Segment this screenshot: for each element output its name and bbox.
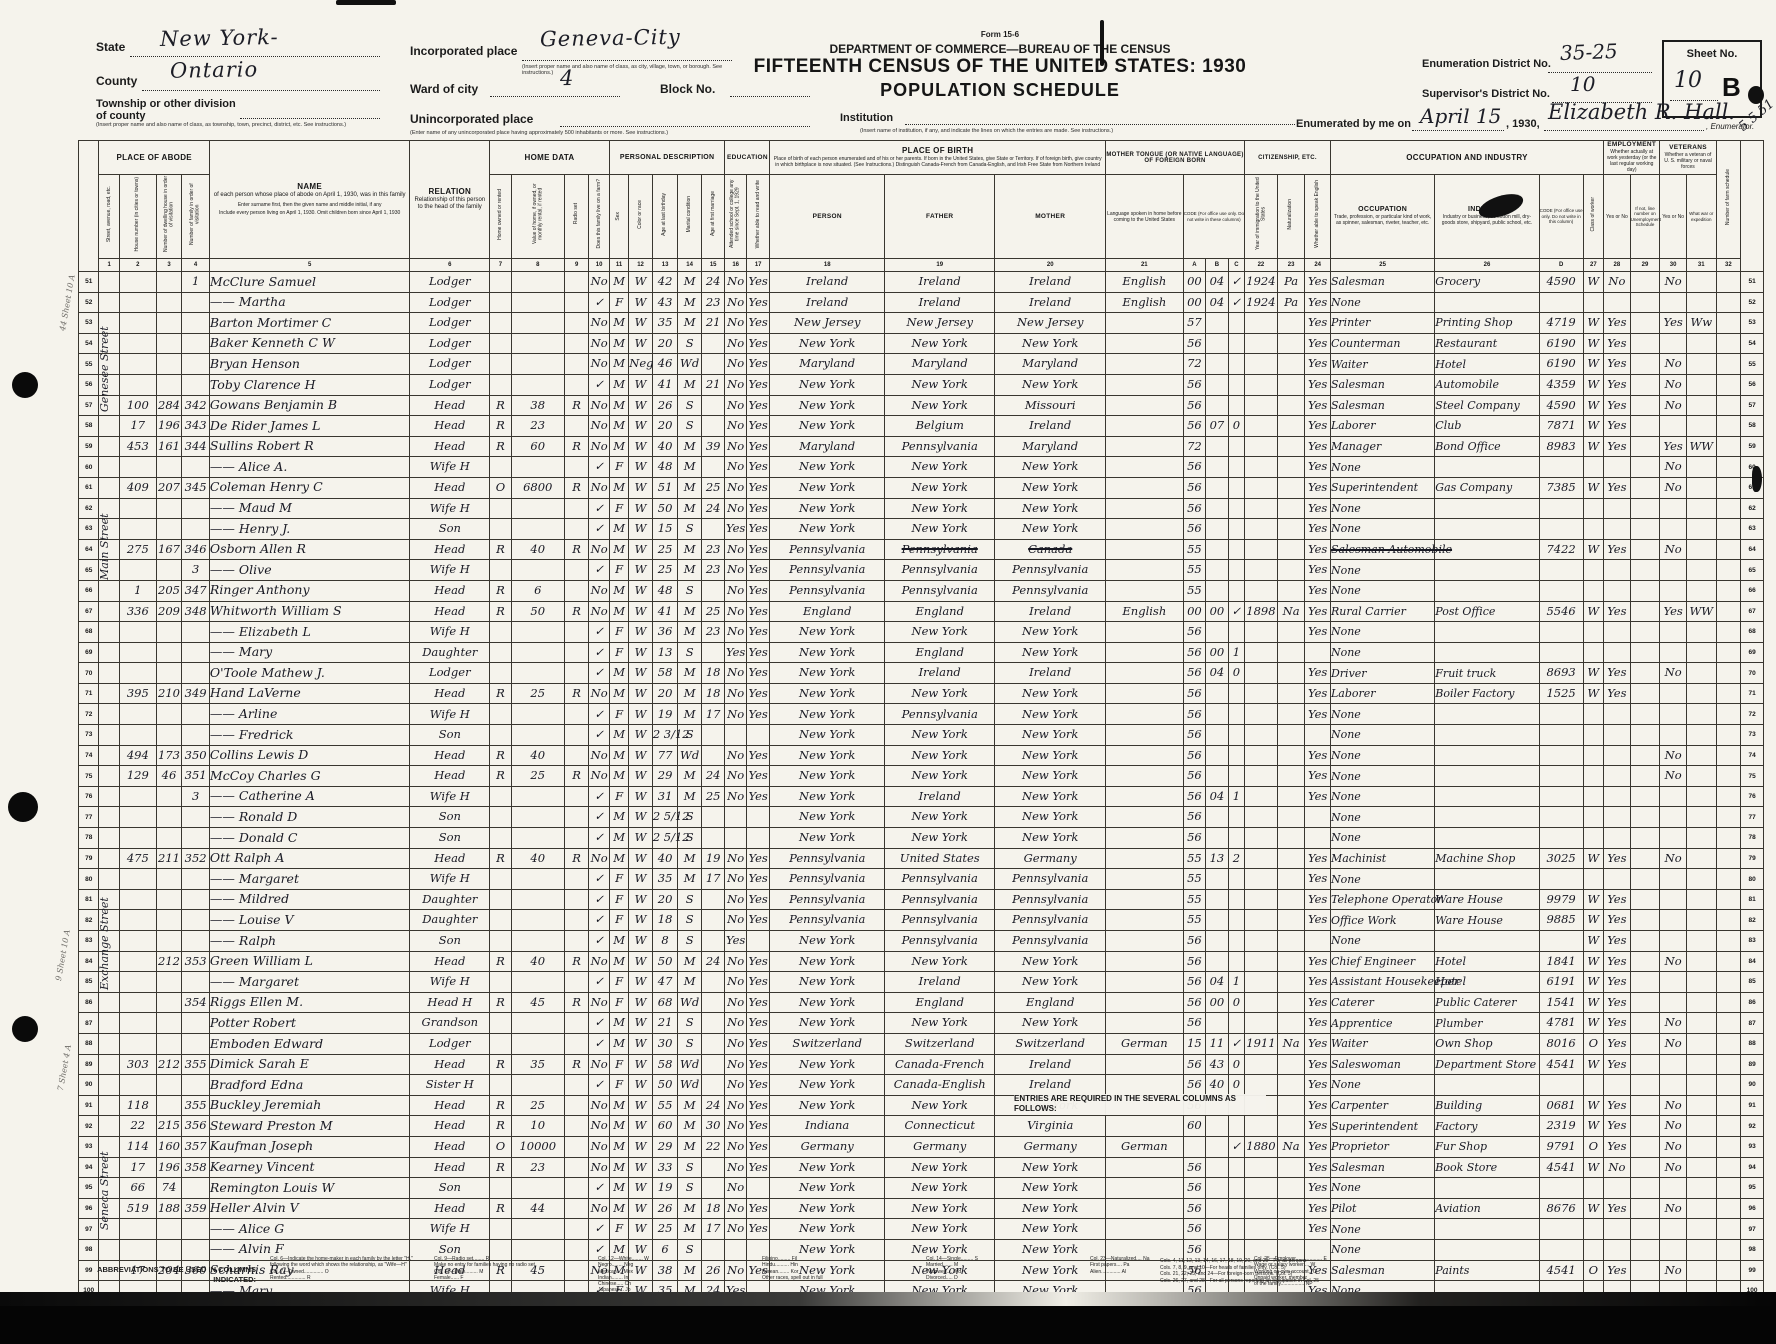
cell-occ: None [1330, 828, 1434, 849]
cell-farm: ✓ [589, 1075, 609, 1096]
cell-eng: Yes [1305, 1116, 1331, 1137]
cell-rw: Yes [746, 1157, 770, 1178]
cell-occ: None [1330, 869, 1434, 890]
cell-vet: No [1660, 354, 1687, 375]
cell-age: 58 [652, 663, 678, 684]
cell-work: No [1604, 1157, 1631, 1178]
cell-bpm: England [995, 992, 1106, 1013]
cell-cls [1583, 580, 1603, 601]
cell-age: 29 [652, 1136, 678, 1157]
cell-rel: Lodger [410, 374, 490, 395]
cell-lang [1105, 477, 1183, 498]
table-row: 77—— Ronald DSon✓MW2 5/12SNew YorkNew Yo… [79, 807, 1764, 828]
cell-cd [1539, 1219, 1583, 1240]
cell-ind [1435, 828, 1539, 849]
cell-fam: 355 [182, 1095, 210, 1116]
cell-race: W [629, 745, 653, 766]
cell-occ: Machinist [1330, 848, 1434, 869]
cell-age: 41 [652, 374, 678, 395]
cell-sch: No [725, 560, 746, 581]
cell-war [1686, 580, 1716, 601]
cell-cd [1539, 931, 1583, 952]
cell-house [119, 292, 156, 313]
cell-agem: 24 [701, 498, 725, 519]
cell-val [511, 333, 564, 354]
cell-fs [1716, 1239, 1741, 1260]
cell-rw: Yes [746, 622, 770, 643]
cell-dwell [156, 931, 182, 952]
cell-eng: Yes [1305, 663, 1331, 684]
cell-name: Dimick Sarah E [209, 1054, 409, 1075]
cell-bpf: New York [884, 828, 994, 849]
cell-sch: No [725, 374, 746, 395]
cell-eng: Yes [1305, 395, 1331, 416]
cell-eng: Yes [1305, 766, 1331, 787]
department-title: DEPARTMENT OF COMMERCE—BUREAU OF THE CEN… [760, 42, 1240, 56]
cell-cls [1583, 560, 1603, 581]
cell-sex: M [609, 1033, 628, 1054]
cell-unemp [1630, 292, 1660, 313]
cell-sex: M [609, 663, 628, 684]
cell-house [119, 663, 156, 684]
cell-street [99, 416, 119, 437]
cell-fam [182, 1219, 210, 1240]
cell-age: 29 [652, 766, 678, 787]
cell-work [1604, 869, 1631, 890]
cell-name: —— Margaret [209, 972, 409, 993]
cell-ln2: 77 [1741, 807, 1764, 828]
cell-name: McClure Samuel [209, 272, 409, 293]
street-label: Street, avenue, road, etc. [107, 186, 112, 242]
cell-imm [1245, 745, 1278, 766]
cell-nat [1277, 992, 1305, 1013]
column-number: 2 [119, 259, 156, 272]
cell-bpp: New York [770, 1013, 885, 1034]
cell-radio [564, 374, 589, 395]
cell-street [99, 601, 119, 622]
cell-farm: No [589, 1095, 609, 1116]
cell-race: W [629, 828, 653, 849]
cell-ind [1435, 807, 1539, 828]
cell-bpf: New York [884, 498, 994, 519]
cell-work: Yes [1604, 416, 1631, 437]
cell-cd: 2319 [1539, 1116, 1583, 1137]
cell-name: Buckley Jeremiah [209, 1095, 409, 1116]
column-number: B [1206, 259, 1229, 272]
cell-mar: S [678, 580, 702, 601]
cell-occ: None [1330, 725, 1434, 746]
cell-sch: No [725, 1054, 746, 1075]
cell-fam [182, 725, 210, 746]
cell-cls [1583, 292, 1603, 313]
cell-lang [1105, 333, 1183, 354]
cell-farm: ✓ [589, 1033, 609, 1054]
cell-ca: 56 [1183, 622, 1206, 643]
cell-sex: F [609, 498, 628, 519]
cell-ln2: 94 [1741, 1157, 1764, 1178]
cell-cb [1206, 498, 1229, 519]
cell-war [1686, 1095, 1716, 1116]
cell-vet [1660, 1178, 1687, 1199]
cell-bpf: Pennsylvania [884, 869, 994, 890]
cell-cb [1206, 889, 1229, 910]
cell-ind: Club [1435, 416, 1539, 437]
cell-lang: English [1105, 292, 1183, 313]
cell-occ: None [1330, 931, 1434, 952]
cell-ca: 56 [1183, 704, 1206, 725]
cell-ln: 51 [79, 272, 99, 293]
cell-war [1686, 1116, 1716, 1137]
cell-work: Yes [1604, 313, 1631, 334]
cell-cls: W [1583, 848, 1603, 869]
cell-agem: 23 [701, 622, 725, 643]
cell-dwell [156, 889, 182, 910]
cell-war [1686, 931, 1716, 952]
table-row: 84212353Green William LHeadR40RNoMW50M24… [79, 951, 1764, 972]
cell-eng: Yes [1305, 1136, 1331, 1157]
cell-ind [1435, 498, 1539, 519]
cell-bpp: Pennsylvania [770, 539, 885, 560]
cell-agem [701, 1013, 725, 1034]
cell-cc [1228, 498, 1244, 519]
cell-rel: Head [410, 1095, 490, 1116]
cell-work: Yes [1604, 374, 1631, 395]
top-edge-mark-2 [1100, 20, 1104, 66]
cell-race: W [629, 1095, 653, 1116]
cell-bpm: New York [995, 786, 1106, 807]
cell-imm [1245, 807, 1278, 828]
cell-sch: No [725, 354, 746, 375]
cell-name: —— Elizabeth L [209, 622, 409, 643]
cell-ca: 56 [1183, 663, 1206, 684]
cell-house [119, 1219, 156, 1240]
cell-cd [1539, 807, 1583, 828]
cell-mar: M [678, 1219, 702, 1240]
home-value-column-header: Value of home, if owned, or monthly rent… [511, 175, 564, 259]
cell-cc [1228, 333, 1244, 354]
cell-bpp: New York [770, 807, 885, 828]
cell-name: —— Donald C [209, 828, 409, 849]
table-row: 7512946351McCoy Charles GHeadR25RNoMW29M… [79, 766, 1764, 787]
cell-sex: M [609, 416, 628, 437]
cell-agem [701, 725, 725, 746]
cell-farm: No [589, 354, 609, 375]
cell-ln: 83 [79, 931, 99, 952]
cell-bpp: England [770, 601, 885, 622]
table-row: 79475211352Ott Ralph AHeadR40RNoMW40M19N… [79, 848, 1764, 869]
cell-fam [182, 1033, 210, 1054]
cell-occ: Pilot [1330, 1198, 1434, 1219]
cell-dwell [156, 642, 182, 663]
cell-cd [1539, 642, 1583, 663]
cell-fam [182, 704, 210, 725]
cell-own [490, 498, 511, 519]
cell-occ: None [1330, 580, 1434, 601]
cell-mar: M [678, 951, 702, 972]
cell-cb [1206, 457, 1229, 478]
cell-house: 1 [119, 580, 156, 601]
cell-farm: No [589, 580, 609, 601]
cell-fs [1716, 622, 1741, 643]
cell-imm [1245, 395, 1278, 416]
cell-race: W [629, 766, 653, 787]
cell-occ: None [1330, 786, 1434, 807]
cell-farm: No [589, 1136, 609, 1157]
cell-war: WW [1686, 436, 1716, 457]
immigration-label: Year of immigration to the United States [1256, 175, 1267, 253]
cell-sch [725, 828, 746, 849]
cell-vet: No [1660, 1260, 1687, 1281]
cell-rw: Yes [746, 642, 770, 663]
cell-work [1604, 498, 1631, 519]
cell-cls [1583, 642, 1603, 663]
cell-unemp [1630, 642, 1660, 663]
cell-own [490, 663, 511, 684]
cell-sch: Yes [725, 642, 746, 663]
cell-race: Neg [629, 354, 653, 375]
cell-ca: 00 [1183, 601, 1206, 622]
cell-farm: ✓ [589, 560, 609, 581]
cell-war [1686, 951, 1716, 972]
cell-val: 38 [511, 395, 564, 416]
cell-sch: No [725, 1116, 746, 1137]
cell-fs [1716, 395, 1741, 416]
cell-agem: 24 [701, 1095, 725, 1116]
cell-agem: 17 [701, 869, 725, 890]
cell-own: R [490, 436, 511, 457]
cell-sex: F [609, 972, 628, 993]
cell-work [1604, 766, 1631, 787]
cell-name: —— Martha [209, 292, 409, 313]
cell-farm: ✓ [589, 931, 609, 952]
cell-dwell: 212 [156, 951, 182, 972]
cell-race: W [629, 786, 653, 807]
cell-fs [1716, 786, 1741, 807]
cell-radio [564, 642, 589, 663]
cell-sex: F [609, 1054, 628, 1075]
cell-bpp: New York [770, 333, 885, 354]
table-row: 97—— Alice GWife H✓FW25M17NoYesNew YorkN… [79, 1219, 1764, 1240]
cell-sex: F [609, 910, 628, 931]
cell-cc: 1 [1228, 972, 1244, 993]
cell-war [1686, 786, 1716, 807]
birth-person-column-header: PERSON [770, 175, 885, 259]
cell-cb [1206, 333, 1229, 354]
cell-occ: None [1330, 704, 1434, 725]
cell-cb: 00 [1206, 992, 1229, 1013]
cell-rel: Head [410, 1116, 490, 1137]
ward-rule [490, 96, 620, 97]
cell-radio: R [564, 539, 589, 560]
cell-race: W [629, 601, 653, 622]
cell-val [511, 1075, 564, 1096]
cell-cb: 04 [1206, 292, 1229, 313]
cell-farm: No [589, 539, 609, 560]
column-number: 3 [156, 259, 182, 272]
census-table-body: 511McClure SamuelLodgerNoMW42M24NoYesIre… [79, 272, 1764, 1302]
cell-dwell [156, 910, 182, 931]
cell-cb: 00 [1206, 642, 1229, 663]
cell-mar: M [678, 436, 702, 457]
cell-vet [1660, 992, 1687, 1013]
cell-ca: 56 [1183, 828, 1206, 849]
cell-ca: 55 [1183, 580, 1206, 601]
cell-sex: M [609, 601, 628, 622]
cell-war [1686, 374, 1716, 395]
cell-farm: ✓ [589, 1219, 609, 1240]
cell-street [99, 663, 119, 684]
cell-eng: Yes [1305, 972, 1331, 993]
cell-cd: 7871 [1539, 416, 1583, 437]
cell-house [119, 828, 156, 849]
cell-ln: 53 [79, 313, 99, 334]
cell-cb: 40 [1206, 1075, 1229, 1096]
cell-bpm: Pennsylvania [995, 889, 1106, 910]
cell-fam: 346 [182, 539, 210, 560]
cell-work: Yes [1604, 436, 1631, 457]
cell-cd: 9979 [1539, 889, 1583, 910]
enumeration-district-value: 35-25 [1560, 39, 1618, 65]
cell-fs [1716, 1033, 1741, 1054]
cell-dwell [156, 786, 182, 807]
cell-val: 10000 [511, 1136, 564, 1157]
cell-own [490, 807, 511, 828]
cell-war [1686, 910, 1716, 931]
cell-bpm: Ireland [995, 416, 1106, 437]
cell-house: 494 [119, 745, 156, 766]
cell-occ: Laborer [1330, 683, 1434, 704]
table-row: 9417196358Kearney VincentHeadR23NoMW33SN… [79, 1157, 1764, 1178]
cell-nat [1277, 560, 1305, 581]
cell-ln2: 81 [1741, 889, 1764, 910]
cell-agem: 24 [701, 951, 725, 972]
cell-cd [1539, 519, 1583, 540]
cell-eng: Yes [1305, 1075, 1331, 1096]
cell-name: Remington Louis W [209, 1178, 409, 1199]
group-personal-description: PERSONAL DESCRIPTION [609, 141, 725, 175]
cell-cls [1583, 519, 1603, 540]
cell-cd [1539, 457, 1583, 478]
column-number: 1 [99, 259, 119, 272]
cell-fs [1716, 1075, 1741, 1096]
cell-nat [1277, 539, 1305, 560]
cell-cls [1583, 704, 1603, 725]
age-label: Age at last birthday [662, 193, 667, 236]
cell-val [511, 725, 564, 746]
cell-nat [1277, 786, 1305, 807]
cell-cb [1206, 622, 1229, 643]
cell-sex: F [609, 869, 628, 890]
cell-imm: 1924 [1245, 272, 1278, 293]
cell-ln2: 99 [1741, 1260, 1764, 1281]
cell-agem [701, 395, 725, 416]
cell-vet: No [1660, 1033, 1687, 1054]
cell-agem: 17 [701, 1219, 725, 1240]
cell-ln: 62 [79, 498, 99, 519]
cell-ln2: 66 [1741, 580, 1764, 601]
cell-cd [1539, 725, 1583, 746]
cell-cls [1583, 807, 1603, 828]
cell-ln: 59 [79, 436, 99, 457]
column-number: 5 [209, 259, 409, 272]
cell-bpm: New York [995, 704, 1106, 725]
cell-eng: Yes [1305, 1013, 1331, 1034]
cell-bpf: Connecticut [884, 1116, 994, 1137]
cell-eng: Yes [1305, 519, 1331, 540]
cell-sch: No [725, 745, 746, 766]
employment-yes-no-column-header: Yes or No [1604, 175, 1631, 259]
cell-ln: 92 [79, 1116, 99, 1137]
cell-radio [564, 1219, 589, 1240]
cell-age: 58 [652, 1054, 678, 1075]
cell-unemp [1630, 272, 1660, 293]
cell-work [1604, 1219, 1631, 1240]
cell-nat [1277, 519, 1305, 540]
cell-work: Yes [1604, 1054, 1631, 1075]
cell-rel: Head [410, 1054, 490, 1075]
cell-rel: Wife H [410, 869, 490, 890]
cell-unemp [1630, 1136, 1660, 1157]
cell-dwell [156, 313, 182, 334]
cell-ln2: 96 [1741, 1198, 1764, 1219]
cell-war: WW [1686, 601, 1716, 622]
cell-lang [1105, 745, 1183, 766]
form-number: Form 15-6 [870, 30, 1130, 39]
cell-ln2: 86 [1741, 992, 1764, 1013]
cell-mar: M [678, 1198, 702, 1219]
cell-ln2: 87 [1741, 1013, 1764, 1034]
cell-cb: 43 [1206, 1054, 1229, 1075]
cell-ind: Ware House [1435, 910, 1539, 931]
cell-fs [1716, 457, 1741, 478]
column-number: 26 [1435, 259, 1539, 272]
cell-cc [1228, 374, 1244, 395]
cell-occ: Rural Carrier [1330, 601, 1434, 622]
cell-street [99, 457, 119, 478]
cell-fam [182, 498, 210, 519]
cell-cb: 04 [1206, 972, 1229, 993]
cell-bpf: New York [884, 1013, 994, 1034]
table-row: 80—— MargaretWife H✓FW35M17NoYesPennsylv… [79, 869, 1764, 890]
cell-vet [1660, 1075, 1687, 1096]
enumeration-district-label: Enumeration District No. [1422, 58, 1551, 70]
cell-mar: M [678, 663, 702, 684]
cell-ca [1183, 1136, 1206, 1157]
cell-fam: 343 [182, 416, 210, 437]
cell-nat: Pa [1277, 292, 1305, 313]
cell-nat: Na [1277, 1136, 1305, 1157]
group-education: EDUCATION [725, 141, 770, 175]
cell-own: R [490, 848, 511, 869]
age-column-header: Age at last birthday [652, 175, 678, 259]
cell-work: Yes [1604, 889, 1631, 910]
cell-cc: 1 [1228, 642, 1244, 663]
cell-bpp: New York [770, 725, 885, 746]
margin-note-1: 44 Sheet 10 A [58, 274, 77, 332]
cell-farm: No [589, 272, 609, 293]
cell-bpf: Ireland [884, 786, 994, 807]
cell-sex: F [609, 292, 628, 313]
cell-race: W [629, 1157, 653, 1178]
cell-rw: Yes [746, 354, 770, 375]
cell-cb [1206, 931, 1229, 952]
cell-bpm: Virginia [995, 1116, 1106, 1137]
cell-eng [1305, 828, 1331, 849]
cell-bpf: Pennsylvania [884, 910, 994, 931]
cell-ln: 73 [79, 725, 99, 746]
cell-cb: 13 [1206, 848, 1229, 869]
cell-fs [1716, 292, 1741, 313]
